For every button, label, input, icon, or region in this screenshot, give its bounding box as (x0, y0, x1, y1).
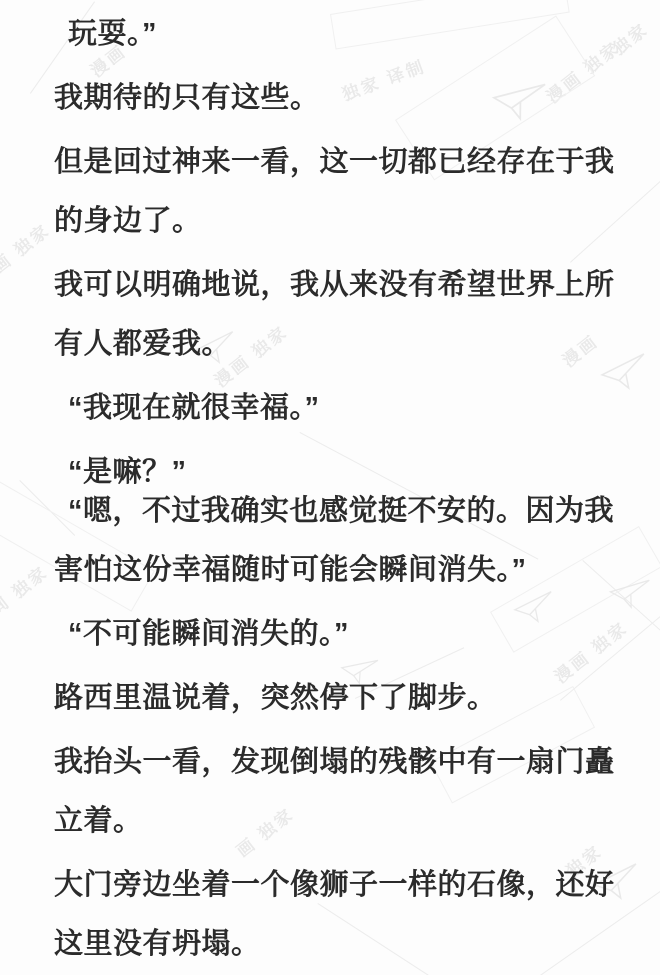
novel-page: 漫画 独家独家独家 译制漫画画 独家漫画 独家漫画间 独家漫画 独家画 独家独家… (0, 0, 660, 975)
text-line: 玩耍。” (54, 5, 620, 64)
text-content: 玩耍。”我期待的只有这些。但是回过神来一看，这一切都已经存在于我的身边了。我可以… (0, 0, 660, 974)
text-line: 这里没有坍塌。 (54, 915, 620, 974)
paragraph: 玩耍。” (54, 5, 620, 64)
text-line: 害怕这份幸福随时可能会瞬间消失。” (54, 541, 620, 600)
paragraph: “不可能瞬间消失的。” (54, 605, 620, 664)
text-line: 我期待的只有这些。 (54, 69, 620, 128)
text-line: “不可能瞬间消失的。” (54, 605, 620, 664)
paragraph: 我可以明确地说，我从来没有希望世界上所有人都爱我。 (54, 256, 620, 374)
text-line: “嗯，不过我确实也感觉挺不安的。因为我 (54, 482, 620, 541)
text-line: 的身边了。 (54, 192, 620, 251)
text-line: “我现在就很幸福。” (54, 379, 620, 438)
text-line: 但是回过神来一看，这一切都已经存在于我 (54, 133, 620, 192)
paragraph: 我期待的只有这些。 (54, 69, 620, 128)
text-line: 大门旁边坐着一个像狮子一样的石像，还好 (54, 856, 620, 915)
text-line: 我抬头一看，发现倒塌的残骸中有一扇门矗 (54, 733, 620, 792)
paragraph: 但是回过神来一看，这一切都已经存在于我的身边了。 (54, 133, 620, 251)
paragraph: “我现在就很幸福。” (54, 379, 620, 438)
paragraph: 路西里温说着，突然停下了脚步。 (54, 669, 620, 728)
paragraph: “嗯，不过我确实也感觉挺不安的。因为我害怕这份幸福随时可能会瞬间消失。” (54, 482, 620, 600)
text-line: 我可以明确地说，我从来没有希望世界上所 (54, 256, 620, 315)
paragraph: 大门旁边坐着一个像狮子一样的石像，还好这里没有坍塌。 (54, 856, 620, 974)
text-line: 有人都爱我。 (54, 315, 620, 374)
text-line: 立着。 (54, 792, 620, 851)
text-line: 路西里温说着，突然停下了脚步。 (54, 669, 620, 728)
paragraph: 我抬头一看，发现倒塌的残骸中有一扇门矗立着。 (54, 733, 620, 851)
